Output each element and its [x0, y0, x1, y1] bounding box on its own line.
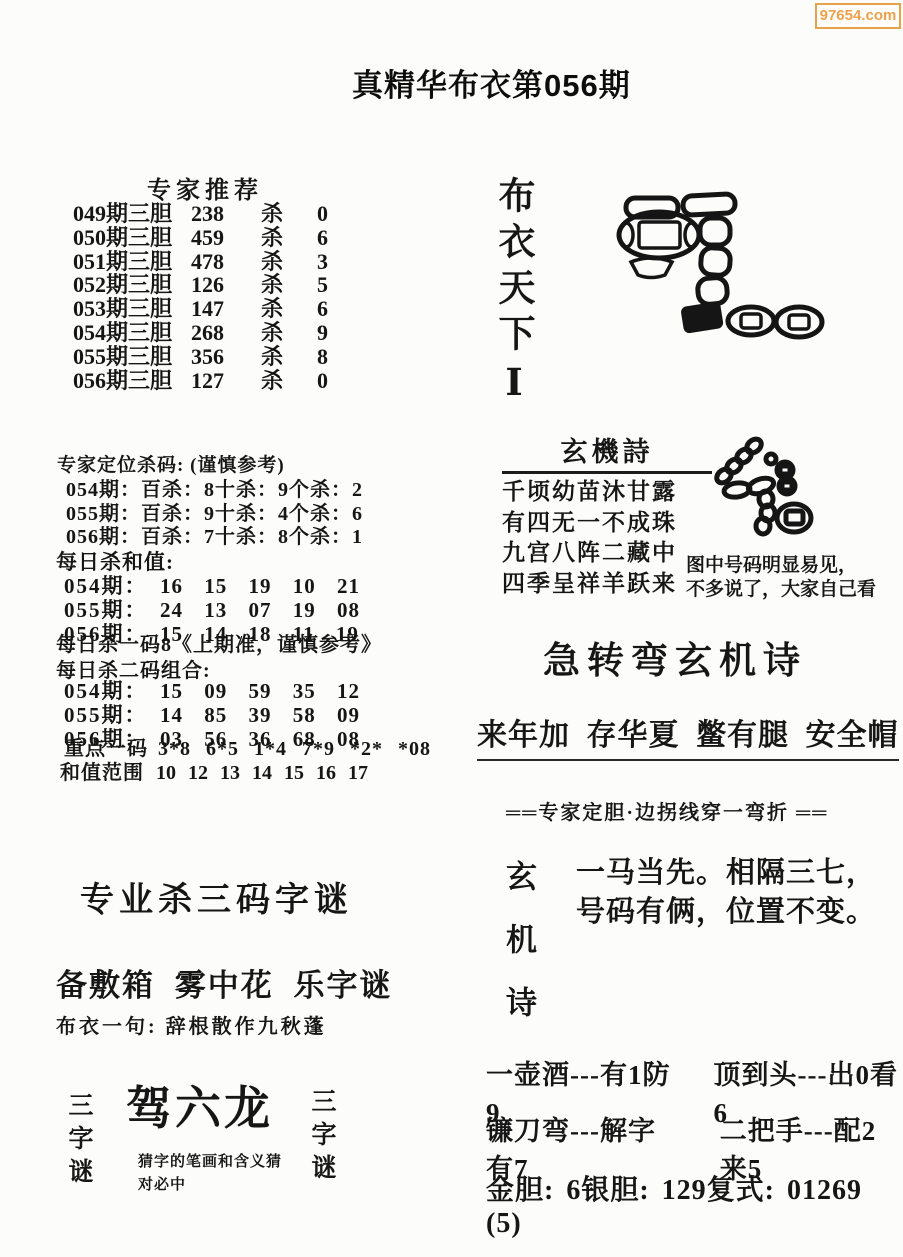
dan-numbers: 238 — [191, 202, 261, 226]
poem-line: 九宫八阵二藏中 — [502, 538, 712, 569]
dan-numbers: 126 — [191, 273, 261, 297]
kill-label: 杀 — [261, 250, 317, 274]
riddle-note-line1: 猜字的笔画和含义猜 — [138, 1150, 282, 1171]
xuanji-vertical-title: 玄机诗 — [496, 860, 541, 1049]
tip-b: 顶到头---出0看6 — [714, 1056, 903, 1112]
kill-label: 杀 — [261, 226, 317, 250]
xuanji-line: 一马当先。相隔三七， — [576, 854, 876, 893]
sum-range-label: 和值范围 — [60, 761, 144, 785]
sum-range-row: 和值范围 10 12 13 14 15 16 17 — [60, 761, 368, 785]
table-row: 054期：16 15 19 10 21 — [64, 574, 360, 598]
tip-row: 一壶酒---有1防9 顶到头---出0看6 — [486, 1056, 903, 1112]
table-row: 055期：14 85 39 58 09 — [64, 703, 360, 727]
issue-label: 049期三胆 — [73, 202, 191, 226]
dan-numbers: 268 — [191, 321, 261, 345]
issue-label: 055期三胆 — [73, 345, 191, 369]
issue-label: 054期三胆 — [73, 321, 191, 345]
poem-line: 四季呈祥羊跃来 — [502, 569, 712, 600]
table-row: 055期三胆356杀8 — [73, 345, 341, 369]
dan-numbers: 356 — [191, 345, 261, 369]
poem-line: 有四无一不成珠 — [502, 508, 712, 539]
coin-figure-small — [710, 436, 815, 541]
position-kill-row: 055期：百杀：9十杀：4个杀：6 — [66, 503, 363, 527]
coin-figure-large — [586, 190, 836, 350]
xuanji-poem-lines: 千顷幼苗沐甘露 有四无一不成珠 九宫八阵二藏中 四季呈祥羊跃来 — [502, 477, 712, 599]
kill-label: 杀 — [261, 321, 317, 345]
kill-value: 6 — [317, 226, 341, 250]
figure-caption-line2: 不多说了，大家自己看 — [686, 578, 876, 602]
figure-caption-line1: 图中号码明显易见， — [686, 554, 876, 578]
buyi-tianxia-title: 布衣天下Ⅰ — [485, 176, 539, 413]
table-row: 053期三胆147杀6 — [73, 297, 341, 321]
three-char-riddle-left-label: 三字谜 — [60, 1092, 96, 1191]
kill-sum-values: 24 13 07 19 08 — [160, 598, 360, 622]
table-row: 055期：24 13 07 19 08 — [64, 598, 360, 622]
kill-value: 6 — [317, 297, 341, 321]
kill-value: 0 — [317, 369, 341, 393]
daily-kill-sum-heading: 每日杀和值: — [56, 546, 174, 576]
sharp-turn-heading: 急转弯玄机诗 — [543, 630, 807, 684]
buyi-sentence: 布衣一句: 辞根散作九秋蓬 — [56, 1010, 327, 1039]
gold-dan-line: 金胆: 6银胆: 129复式: 01269 (5) — [486, 1168, 903, 1240]
figure-caption: 图中号码明显易见， 不多说了，大家自己看 — [686, 554, 876, 602]
xuanji-line: 号码有俩，位置不变。 — [576, 893, 876, 932]
daily-kill-one-line: 每日杀一码8《上期准，谨慎参考》 — [56, 628, 382, 657]
dan-numbers: 459 — [191, 226, 261, 250]
issue-label: 054期： — [64, 574, 160, 598]
kill-label: 杀 — [261, 369, 317, 393]
table-row: 051期三胆478杀3 — [73, 250, 341, 274]
table-row: 052期三胆126杀5 — [73, 273, 341, 297]
sharp-turn-line: 来年加 存华夏 鳖有腿 安全帽 — [477, 710, 899, 761]
dan-numbers: 478 — [191, 250, 261, 274]
dan-numbers: 127 — [191, 369, 261, 393]
position-kill-row: 054期：百杀：8十杀：9个杀：2 — [66, 479, 363, 503]
kill-value: 0 — [317, 202, 341, 226]
kill-value: 8 — [317, 345, 341, 369]
table-row: 050期三胆459杀6 — [73, 226, 341, 250]
kill-label: 杀 — [261, 202, 317, 226]
kill-label: 杀 — [261, 345, 317, 369]
xuanji-poem-box: 玄機詩 千顷幼苗沐甘露 有四无一不成珠 九宫八阵二藏中 四季呈祥羊跃来 — [502, 430, 712, 599]
poem-line: 千顷幼苗沐甘露 — [502, 477, 712, 508]
position-kill-rows: 054期：百杀：8十杀：9个杀：2 055期：百杀：9十杀：4个杀：6 056期… — [66, 479, 363, 550]
table-row: 054期三胆268杀9 — [73, 321, 341, 345]
key-one-label: 重点一码 — [64, 737, 148, 761]
table-row: 056期三胆127杀0 — [73, 369, 341, 393]
table-row: 049期三胆238杀0 — [73, 202, 341, 226]
issue-label: 051期三胆 — [73, 250, 191, 274]
tip-a: 镰刀弯---解字有7 — [486, 1112, 682, 1168]
issue-label: 055期： — [64, 703, 160, 727]
kill-sum-values: 16 15 19 10 21 — [160, 574, 360, 598]
issue-label: 054期： — [64, 679, 160, 703]
tip-a: 一壶酒---有1防9 — [486, 1056, 676, 1112]
kill-value: 3 — [317, 250, 341, 274]
kill-label: 杀 — [261, 297, 317, 321]
issue-label: 055期： — [64, 598, 160, 622]
key-one-row: 重点一码 3*8 6*5 1*4 7*9 *2* *08 — [64, 737, 431, 761]
issue-label: 050期三胆 — [73, 226, 191, 250]
kill-two-values: 14 85 39 58 09 — [160, 703, 360, 727]
kill-value: 9 — [317, 321, 341, 345]
expert-dan-line: ══专家定胆·边拐线穿一弯折 ══ — [506, 796, 828, 825]
expert-recommend-heading: 专家推荐 — [147, 170, 263, 205]
sum-range-values: 10 12 13 14 15 16 17 — [156, 761, 368, 785]
kill-value: 5 — [317, 273, 341, 297]
issue-label: 052期三胆 — [73, 273, 191, 297]
three-char-riddle-right-label: 三字谜 — [303, 1088, 339, 1187]
riddle-words: 备敷箱 雾中花 乐字谜 — [56, 960, 393, 1005]
xuanji-poem-heading: 玄機詩 — [502, 430, 712, 474]
kill-three-riddle-heading: 专业杀三码字谜 — [80, 872, 353, 921]
position-kill-heading: 专家定位杀码: (谨慎参考) — [57, 450, 285, 477]
kill-label: 杀 — [261, 273, 317, 297]
riddle-note-line2: 对必中 — [138, 1173, 186, 1194]
xuanji-lines: 一马当先。相隔三七， 号码有俩，位置不变。 — [576, 854, 876, 932]
three-char-riddle-answer: 驾六龙 — [126, 1072, 273, 1138]
kill-two-values: 15 09 59 35 12 — [160, 679, 360, 703]
issue-label: 056期三胆 — [73, 369, 191, 393]
expert-recommend-list: 049期三胆238杀0 050期三胆459杀6 051期三胆478杀3 052期… — [73, 202, 341, 392]
tips-block: 一壶酒---有1防9 顶到头---出0看6 镰刀弯---解字有7 二把手---配… — [486, 1056, 903, 1168]
tip-row: 镰刀弯---解字有7 二把手---配2来5 — [486, 1112, 903, 1168]
key-one-values: 3*8 6*5 1*4 7*9 *2* *08 — [158, 737, 431, 761]
page-title: 真精华布衣第056期 — [352, 66, 631, 106]
site-badge[interactable]: 97654.com — [815, 3, 901, 29]
tip-b: 二把手---配2来5 — [720, 1112, 903, 1168]
dan-numbers: 147 — [191, 297, 261, 321]
table-row: 054期：15 09 59 35 12 — [64, 679, 360, 703]
issue-label: 053期三胆 — [73, 297, 191, 321]
